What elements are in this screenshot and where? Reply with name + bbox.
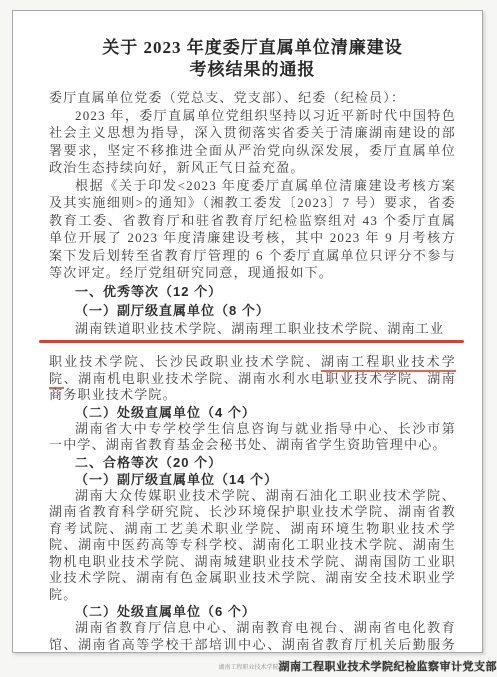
salutation: 委厅直属单位党委（党总支、党支部）、纪委（纪检员）： <box>49 89 456 107</box>
section1-sub1-heading: （一）副厅级直属单位（8 个） <box>49 301 456 320</box>
section1-sub1-first-line: 湖南铁道职业技术学院、湖南理工职业技术学院、湖南工业 <box>49 320 456 338</box>
section2-heading: 二、合格等次（20 个） <box>49 454 456 471</box>
watermark-small-text: 湖南工程职业技术学院 <box>218 665 278 671</box>
section2-sub1-heading: （一）副厅级直属单位（14 个） <box>49 471 456 488</box>
section2-sub1-text: 湖南大众传媒职业技术学院、湖南石油化工职业技术学院、湖南省教育科学研究院、长沙环… <box>49 488 456 604</box>
watermark-large-text: 湖南工程职业技术学院纪检监察审计党支部 <box>279 661 497 673</box>
sub1-continuation-post: 、湖南机电职业技术学院、湖南水利水电职业技术学院、湖南商务职业技术学院。 <box>49 371 456 403</box>
document-page: 关于 2023 年度委厅直属单位清廉建设 考核结果的通报 委厅直属单位党委（党总… <box>12 10 483 653</box>
section2-sub2-text: 湖南省教育厅信息中心、湖南教育电视台、湖南省电化教育馆、湖南省高等学校干部培训中… <box>49 620 456 653</box>
screenshot-canvas: 关于 2023 年度委厅直属单位清廉建设 考核结果的通报 委厅直属单位党委（党总… <box>0 0 497 677</box>
title-line-1: 关于 2023 年度委厅直属单位清廉建设 <box>49 37 456 59</box>
document-title: 关于 2023 年度委厅直属单位清廉建设 考核结果的通报 <box>49 37 456 81</box>
watermark: 湖南工程职业技术学院湖南工程职业技术学院纪检监察审计党支部 <box>218 657 497 675</box>
sub1-continuation-pre: 职业技术学院、长沙民政职业技术学院、 <box>49 354 321 369</box>
basis-paragraph: 根据《关于印发<2023 年度委厅直属单位清廉建设考核方案及其实施细则>的通知》… <box>49 177 456 282</box>
section1-sub2-heading: （二）处级直属单位（4 个） <box>49 404 456 421</box>
section2-sub2-heading: （二）处级直属单位（6 个） <box>49 603 456 620</box>
intro-paragraph: 2023 年，委厅直属单位党组织坚持以习近平新时代中国特色社会主义思想为指导，深… <box>49 107 456 177</box>
section1-sub2-text: 湖南省大中专学校学生信息咨询与就业指导中心、长沙市第一中学、湖南省教育基金会秘书… <box>49 421 456 454</box>
title-line-2: 考核结果的通报 <box>49 59 456 81</box>
segment-gap <box>49 343 456 354</box>
section1-heading: 一、优秀等次（12 个） <box>49 282 456 301</box>
section1-sub1-continuation: 职业技术学院、长沙民政职业技术学院、湖南工程职业技术学院、湖南机电职业技术学院、… <box>49 354 456 404</box>
